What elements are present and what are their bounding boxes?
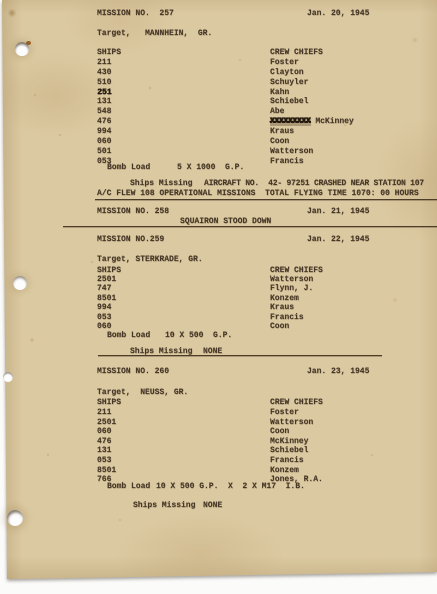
- ship-number: 501: [97, 147, 111, 156]
- mission-date: Jan. 21, 1945: [307, 207, 369, 216]
- punch-hole: [3, 372, 13, 382]
- bomb-load-label: Bomb Load: [107, 331, 150, 340]
- bomb-load-value: 10 X 500 G.P.: [165, 331, 232, 340]
- mission-title: MISSION NO.259: [97, 235, 164, 244]
- ship-number: 211: [97, 408, 111, 417]
- bomb-load-label: Bomb Load: [107, 163, 150, 172]
- mission-date: Jan. 23, 1945: [307, 367, 369, 376]
- ship-number: 053: [97, 456, 111, 465]
- crew-chief: Watterson: [270, 147, 313, 156]
- crew-chief: Watterson: [270, 275, 313, 284]
- ship-number: 747: [97, 284, 111, 293]
- ship-number: 994: [97, 303, 111, 312]
- target-line: Target, NEUSS, GR.: [97, 388, 188, 397]
- ship-number: 476: [97, 437, 111, 446]
- squadron-status: SQUAIRON STOOD DOWN: [180, 217, 271, 226]
- operations-footnote: A/C FLEW 108 OPERATIONAL MISSIONS TOTAL …: [97, 189, 419, 198]
- crew-chief: Clayton: [270, 68, 304, 77]
- crew-chief: Schuyler: [270, 78, 308, 87]
- crew-chief: Konzem: [270, 466, 299, 475]
- typed-rule: [63, 226, 437, 227]
- punch-hole: [7, 510, 23, 526]
- crew-chief: Coon: [270, 137, 289, 146]
- crew-chief: Kraus: [270, 303, 294, 312]
- mission-title: MISSION NO. 260: [97, 367, 169, 376]
- punch-hole: [13, 276, 27, 290]
- crew-chief: Flynn, J.: [270, 284, 313, 293]
- ships-header: SHIPS: [97, 398, 121, 407]
- mission-date: Jan. 20, 1945: [307, 9, 369, 18]
- ship-number: 131: [97, 97, 111, 106]
- ship-number: 548: [97, 107, 111, 116]
- typed-rule: [98, 355, 382, 356]
- bomb-load-value: 5 X 1000 G.P.: [177, 163, 244, 172]
- mission-title: MISSION NO. 258: [97, 207, 169, 216]
- mission-date: Jan. 22, 1945: [307, 235, 369, 244]
- crew-chief: Schiebel: [270, 97, 308, 106]
- target-line: Target, STERKRADE, GR.: [97, 255, 203, 264]
- crew-chief: Francis: [270, 157, 304, 166]
- ships-missing-value: NONE: [203, 501, 222, 510]
- mission-title: MISSION NO. 257: [97, 9, 174, 18]
- crew-chief: Coon: [270, 322, 289, 331]
- ships-missing-label: Ships Missing: [133, 501, 195, 510]
- obliterated-name: XXXXXXXXX: [270, 117, 311, 126]
- typed-rule: [95, 199, 437, 200]
- crew-chief: Francis: [270, 456, 304, 465]
- bomb-load-value: 10 X 500 G.P. X 2 X M17 I.B.: [156, 482, 305, 491]
- ship-number: 060: [97, 427, 111, 436]
- ship-number: 994: [97, 127, 111, 136]
- ship-number: 251: [97, 88, 111, 97]
- crew-chief: Foster: [270, 408, 299, 417]
- ships-header: SHIPS: [97, 266, 121, 275]
- crew-chief: XXXXXXXXX McKinney: [270, 117, 354, 126]
- punch-hole: [15, 42, 29, 56]
- ship-number: 476: [97, 117, 111, 126]
- ship-number: 430: [97, 68, 111, 77]
- ship-number: 2501: [97, 275, 116, 284]
- ship-number: 131: [97, 446, 111, 455]
- ship-number: 8501: [97, 466, 116, 475]
- crew-chief-name: McKinney: [315, 117, 353, 126]
- ship-number: 053: [97, 313, 111, 322]
- crew-chief: Francis: [270, 313, 304, 322]
- crew-chiefs-header: CREW CHIEFS: [270, 266, 323, 275]
- ship-number: 060: [97, 322, 111, 331]
- ship-number: 060: [97, 137, 111, 146]
- ship-number: 8501: [97, 294, 116, 303]
- crew-chief: Coon: [270, 427, 289, 436]
- crew-chief: Konzem: [270, 294, 299, 303]
- crew-chief: Watterson: [270, 418, 313, 427]
- crew-chief: Kahn: [270, 88, 289, 97]
- crew-chief: Abe: [270, 107, 284, 116]
- crew-chiefs-header: CREW CHIEFS: [270, 398, 323, 407]
- bomb-load-label: Bomb Load: [107, 482, 150, 491]
- ships-missing-label: Ships Missing: [130, 179, 192, 188]
- crew-chiefs-header: CREW CHIEFS: [270, 48, 323, 57]
- target-line: Target, MANNHEIN, GR.: [97, 29, 212, 38]
- ship-number: 2501: [97, 418, 116, 427]
- crew-chief: McKinney: [270, 437, 308, 446]
- ships-missing-value: AIRCRAFT NO. 42- 97251 CRASHED NEAR STAT…: [204, 179, 424, 188]
- ship-number: 211: [97, 58, 111, 67]
- crew-chief: Schiebel: [270, 446, 308, 455]
- crew-chief: Foster: [270, 58, 299, 67]
- crew-chief: Kraus: [270, 127, 294, 136]
- ship-number: 510: [97, 78, 111, 87]
- typewritten-text-layer: MISSION NO. 257Jan. 20, 1945Target, MANN…: [0, 0, 437, 594]
- ships-header: SHIPS: [97, 48, 121, 57]
